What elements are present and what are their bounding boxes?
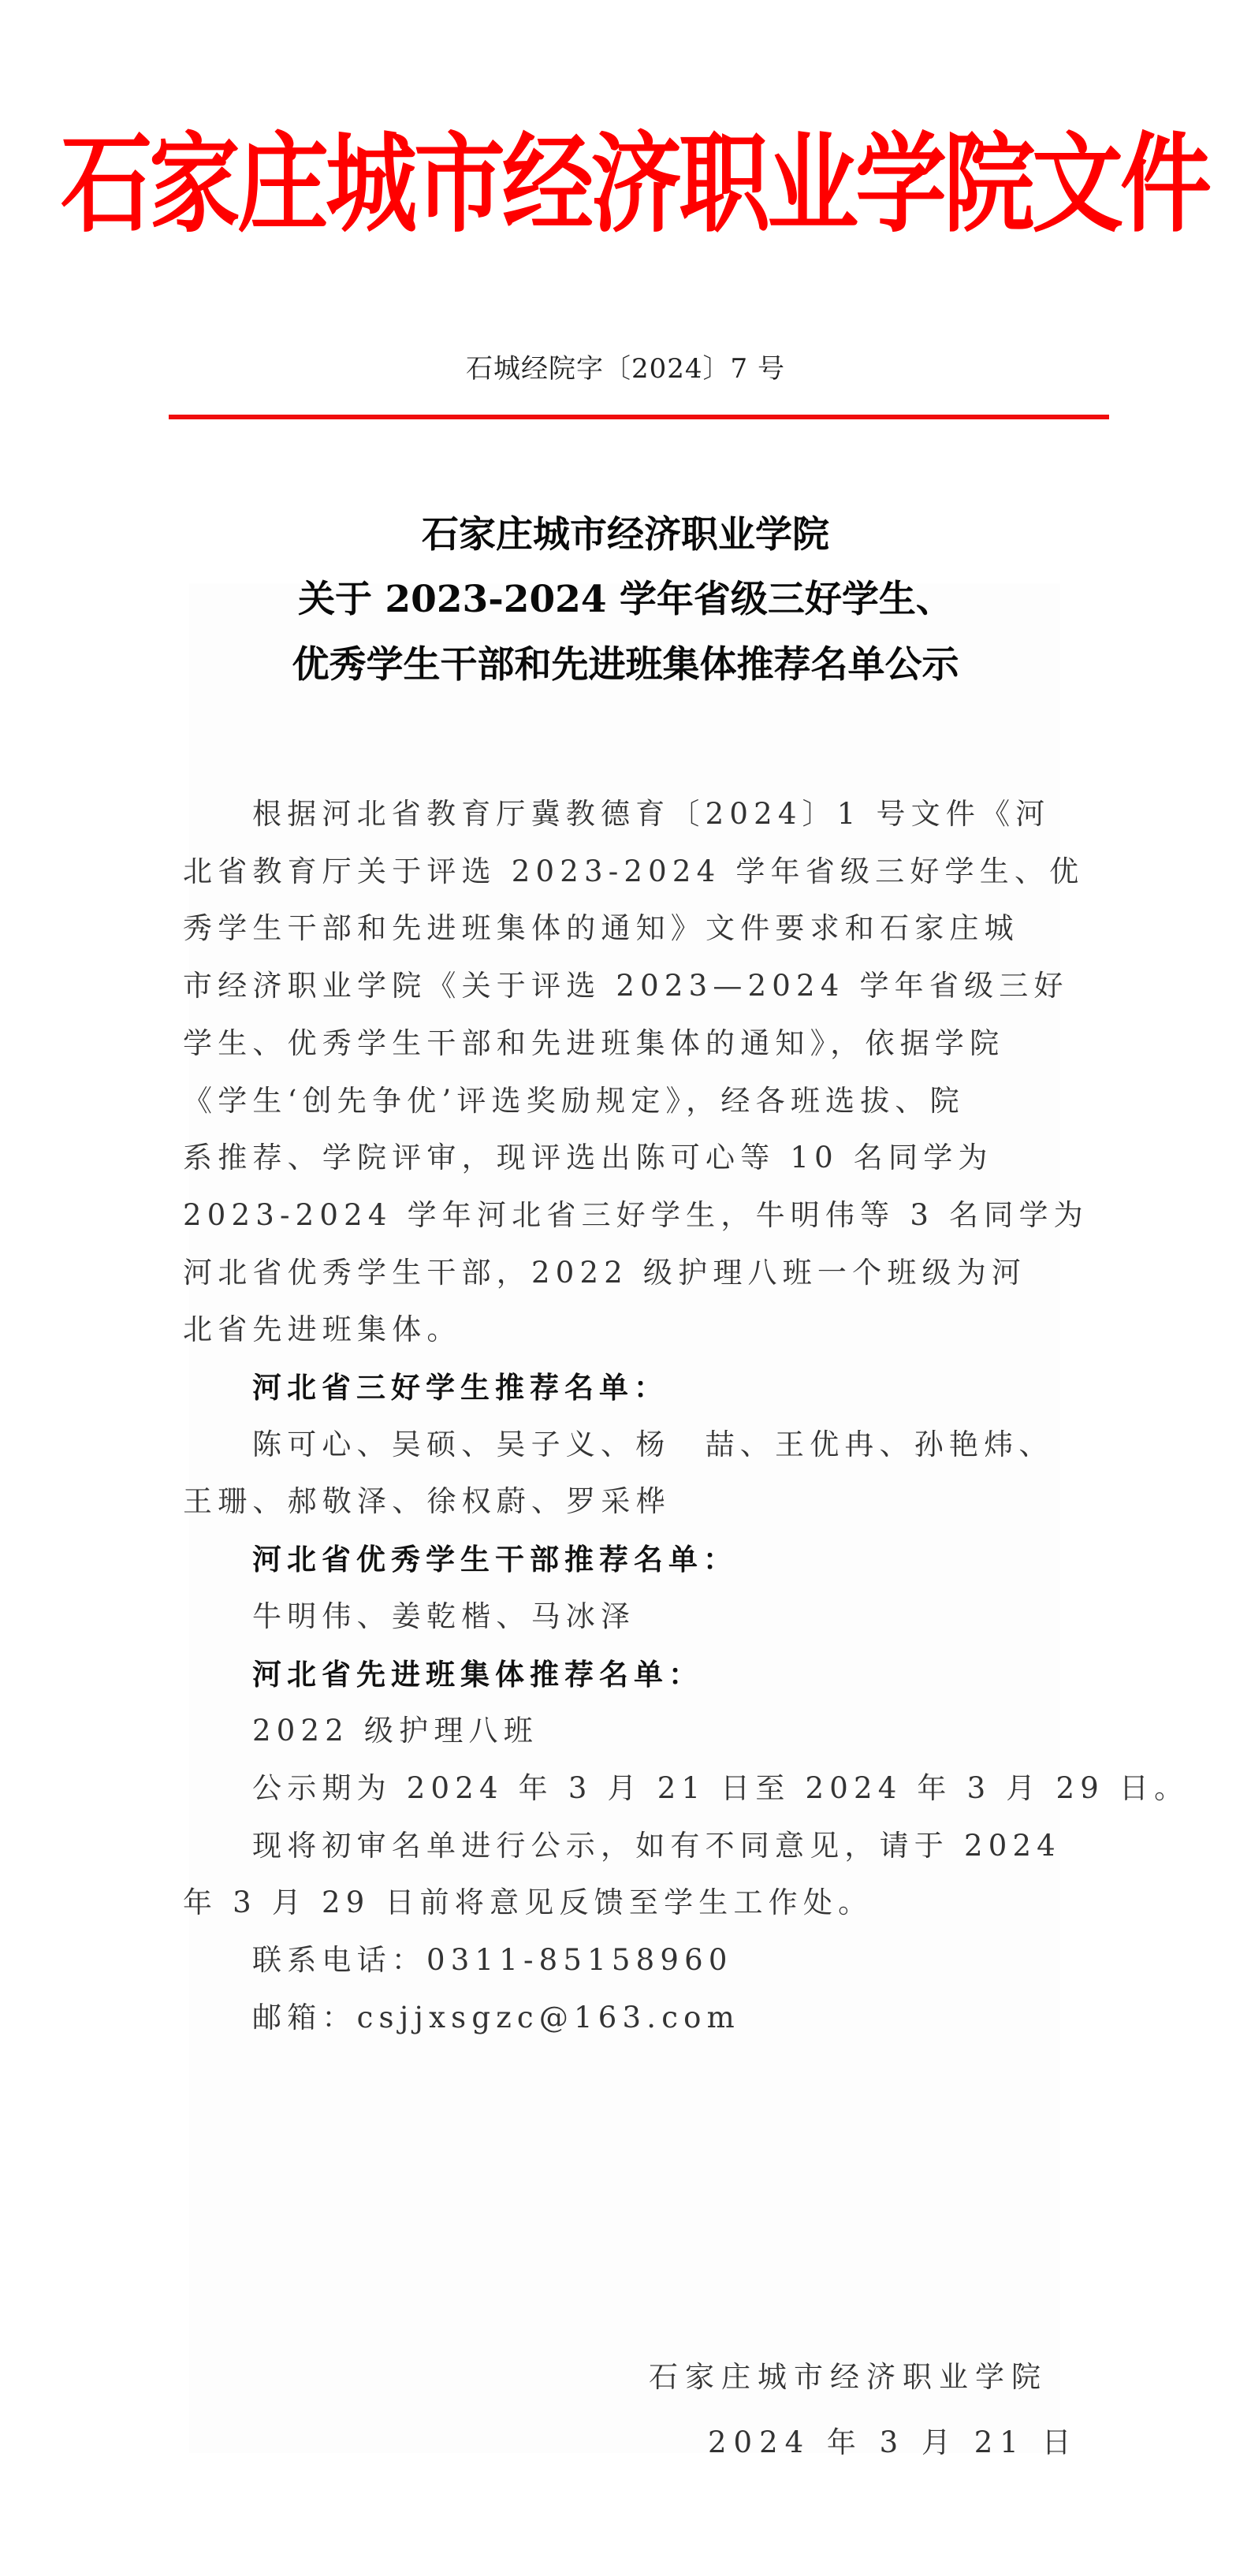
intro-line: 《学生‘创先争优’评选奖励规定》，经各班选拔、院 (183, 1073, 1056, 1130)
intro-line: 北省教育厅关于评选 2023-2024 学年省级三好学生、优 (183, 843, 1056, 901)
section-three-good-students: 河北省三好学生推荐名单： 陈可心、吴硕、吴子义、杨 喆、王优冉、孙艳炜、 王珊、… (183, 1359, 1056, 1531)
section-heading: 河北省先进班集体推荐名单： (183, 1646, 1056, 1703)
notice-line: 年 3 月 29 日前将意见反馈至学生工作处。 (183, 1874, 1056, 1932)
section-heading: 河北省优秀学生干部推荐名单： (183, 1531, 1056, 1588)
document-number: 石城经院字〔2024〕7 号 (0, 347, 1251, 385)
feedback-notice: 现将初审名单进行公示，如有不同意见，请于 2024 年 3 月 29 日前将意见… (183, 1818, 1056, 1932)
email-line: 邮箱：csjjxsgzc@163.com (183, 1990, 1056, 2047)
intro-line: 系推荐、学院评审，现评选出陈可心等 10 名同学为 (183, 1130, 1056, 1187)
title-line-2: 关于 2023-2024 学年省级三好学生、 (0, 581, 1251, 618)
title-line-3: 优秀学生干部和先进班集体推荐名单公示 (0, 646, 1251, 683)
phone-label: 联系电话： (252, 1943, 426, 1977)
document-body: 根据河北省教育厅冀教德育〔2024〕1 号文件《河 北省教育厅关于评选 2023… (183, 786, 1056, 2046)
section-heading: 河北省三好学生推荐名单： (183, 1359, 1056, 1416)
red-divider-rule (169, 415, 1109, 419)
name-list-line: 牛明伟、姜乾楷、马冰泽 (183, 1588, 1056, 1646)
intro-line: 河北省优秀学生干部，2022 级护理八班一个班级为河 (183, 1245, 1056, 1302)
intro-paragraph: 根据河北省教育厅冀教德育〔2024〕1 号文件《河 北省教育厅关于评选 2023… (183, 786, 1056, 1359)
contact-phone: 联系电话：0311-85158960 (183, 1932, 1056, 1990)
class-name-line: 2022 级护理八班 (183, 1703, 1056, 1760)
intro-line: 2023-2024 学年河北省三好学生，牛明伟等 3 名同学为 (183, 1187, 1056, 1245)
intro-line: 市经济职业学院《关于评选 2023—2024 学年省级三好 (183, 958, 1056, 1015)
publicity-period: 公示期为 2024 年 3 月 21 日至 2024 年 3 月 29 日。 (183, 1760, 1056, 1818)
intro-line: 学生、优秀学生干部和先进班集体的通知》，依据学院 (183, 1015, 1056, 1073)
contact-email: 邮箱：csjjxsgzc@163.com (183, 1990, 1056, 2047)
notice-line: 现将初审名单进行公示，如有不同意见，请于 2024 (183, 1818, 1056, 1875)
masthead-title: 石家庄城市经济职业学院文件 (61, 132, 1208, 240)
name-list-line: 陈可心、吴硕、吴子义、杨 喆、王优冉、孙艳炜、 (183, 1416, 1056, 1474)
section-outstanding-cadres: 河北省优秀学生干部推荐名单： 牛明伟、姜乾楷、马冰泽 (183, 1531, 1056, 1645)
title-line-1: 石家庄城市经济职业学院 (0, 516, 1251, 553)
section-advanced-class: 河北省先进班集体推荐名单： 2022 级护理八班 (183, 1646, 1056, 1760)
document-page: 石家庄城市经济职业学院文件 石城经院字〔2024〕7 号 石家庄城市经济职业学院… (0, 0, 1251, 2576)
name-list-line: 王珊、郝敬泽、徐权蔚、罗采桦 (183, 1473, 1056, 1531)
intro-line: 北省先进班集体。 (183, 1301, 1056, 1359)
signature-organization: 石家庄城市经济职业学院 (649, 2362, 1048, 2392)
signature-date: 2024 年 3 月 21 日 (708, 2428, 1078, 2457)
intro-line: 秀学生干部和先进班集体的通知》文件要求和石家庄城 (183, 900, 1056, 958)
phone-line: 联系电话：0311-85158960 (183, 1932, 1056, 1990)
phone-number: 0311-85158960 (426, 1943, 733, 1977)
email-label: 邮箱： (252, 2001, 357, 2034)
masthead: 石家庄城市经济职业学院文件 (158, 118, 1111, 252)
period-text: 公示期为 2024 年 3 月 21 日至 2024 年 3 月 29 日。 (183, 1760, 1056, 1818)
intro-line: 根据河北省教育厅冀教德育〔2024〕1 号文件《河 (183, 786, 1056, 843)
email-address: csjjxsgzc@163.com (357, 2001, 740, 2034)
